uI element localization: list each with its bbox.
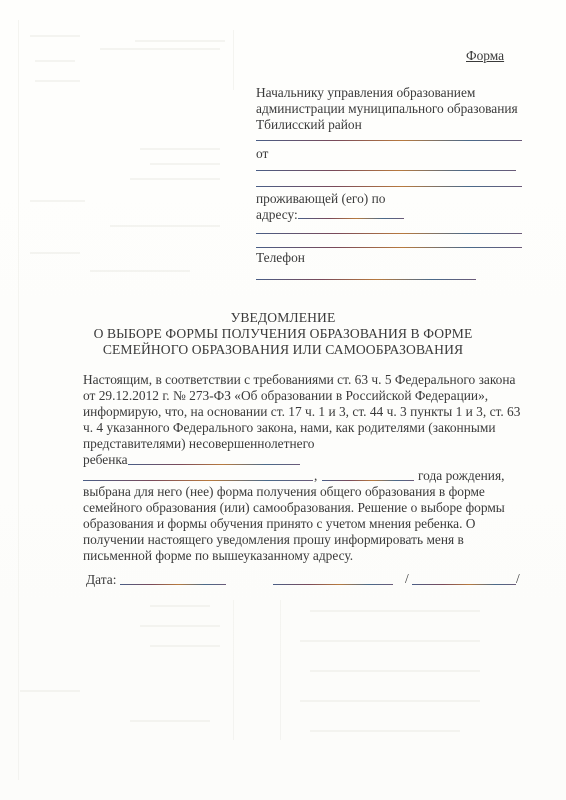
show-through-texture (90, 270, 190, 272)
date-field[interactable] (120, 584, 226, 585)
body-line-5: представителями) несовершеннолетнего (83, 436, 314, 452)
form-label: Форма (466, 48, 504, 64)
signature-field[interactable] (273, 584, 393, 585)
show-through-texture (30, 35, 80, 37)
slash-separator-2: / (516, 571, 520, 587)
child-name-field-2[interactable] (83, 480, 313, 481)
signature-name-field[interactable] (412, 584, 516, 585)
show-through-texture (310, 730, 460, 732)
show-through-texture (300, 640, 480, 642)
show-through-texture (100, 48, 220, 50)
show-through-texture (30, 200, 85, 202)
body-after-line-4: получении настоящего уведомления прошу и… (83, 532, 464, 548)
show-through-texture (20, 690, 80, 692)
show-through-texture (140, 148, 220, 150)
body-line-2: от 29.12.2012 г. № 273-ФЗ «Об образовани… (83, 388, 488, 404)
from-name-field-1[interactable] (256, 170, 516, 171)
show-through-texture (18, 20, 19, 780)
address-field-1[interactable] (256, 233, 522, 234)
from-name-field-2[interactable] (256, 186, 522, 187)
show-through-texture (233, 30, 234, 90)
body-after-line-5: письменной форме по вышеуказанному адрес… (83, 548, 353, 564)
body-after-line-1: выбрана для него (нее) форма получения о… (83, 484, 485, 500)
body-line-1: Настоящим, в соответствии с требованиями… (83, 372, 515, 388)
show-through-texture (300, 700, 480, 702)
body-line-4: ч. 4 указанного Федерального закона, нам… (83, 420, 495, 436)
child-name-field[interactable] (128, 464, 300, 465)
body-after-line-2: семейного образования (или) самообразова… (83, 500, 505, 516)
show-through-texture (140, 625, 220, 627)
show-through-texture (280, 600, 281, 740)
addressee-line-1: Начальнику управления образованием (256, 85, 475, 101)
body-line-3: информирую, что, на основании ст. 17 ч. … (83, 404, 520, 420)
document-title: УВЕДОМЛЕНИЕ (0, 310, 566, 326)
document-subtitle-2: СЕМЕЙНОГО ОБРАЗОВАНИЯ ИЛИ САМООБРАЗОВАНИ… (0, 342, 566, 358)
slash-separator-1: / (405, 571, 409, 587)
address-field-inline[interactable] (298, 218, 404, 219)
address-label: адресу: (256, 207, 298, 223)
show-through-texture (110, 225, 220, 227)
residing-label: проживающей (его) по (256, 191, 385, 207)
show-through-texture (150, 605, 210, 607)
document-subtitle-1: О ВЫБОРЕ ФОРМЫ ПОЛУЧЕНИЯ ОБРАЗОВАНИЯ В Ф… (0, 326, 566, 342)
show-through-texture (310, 670, 480, 672)
address-field-2[interactable] (256, 247, 522, 248)
show-through-texture (30, 252, 80, 254)
phone-label: Телефон (256, 250, 305, 266)
child-label: ребенка (83, 452, 128, 468)
show-through-texture (150, 163, 220, 165)
from-label: от (256, 146, 268, 162)
show-through-texture (150, 645, 220, 647)
addressee-blank-line[interactable] (256, 140, 522, 141)
birth-year-field[interactable] (322, 480, 414, 481)
show-through-texture (233, 600, 234, 740)
addressee-line-3: Тбилисский район (256, 117, 362, 133)
show-through-texture (310, 610, 480, 612)
document-page: Форма Начальнику управления образованием… (0, 0, 566, 800)
comma-separator: , (314, 468, 317, 484)
phone-field[interactable] (256, 279, 476, 280)
addressee-line-2: администрации муниципального образования (256, 101, 518, 117)
show-through-texture (35, 80, 80, 82)
body-after-line-3: образования и формы обучения принято с у… (83, 516, 475, 532)
show-through-texture (135, 40, 225, 42)
show-through-texture (130, 178, 220, 180)
birth-year-label: года рождения, (418, 468, 504, 484)
date-label: Дата: (86, 572, 116, 588)
show-through-texture (35, 60, 75, 62)
show-through-texture (130, 720, 210, 722)
